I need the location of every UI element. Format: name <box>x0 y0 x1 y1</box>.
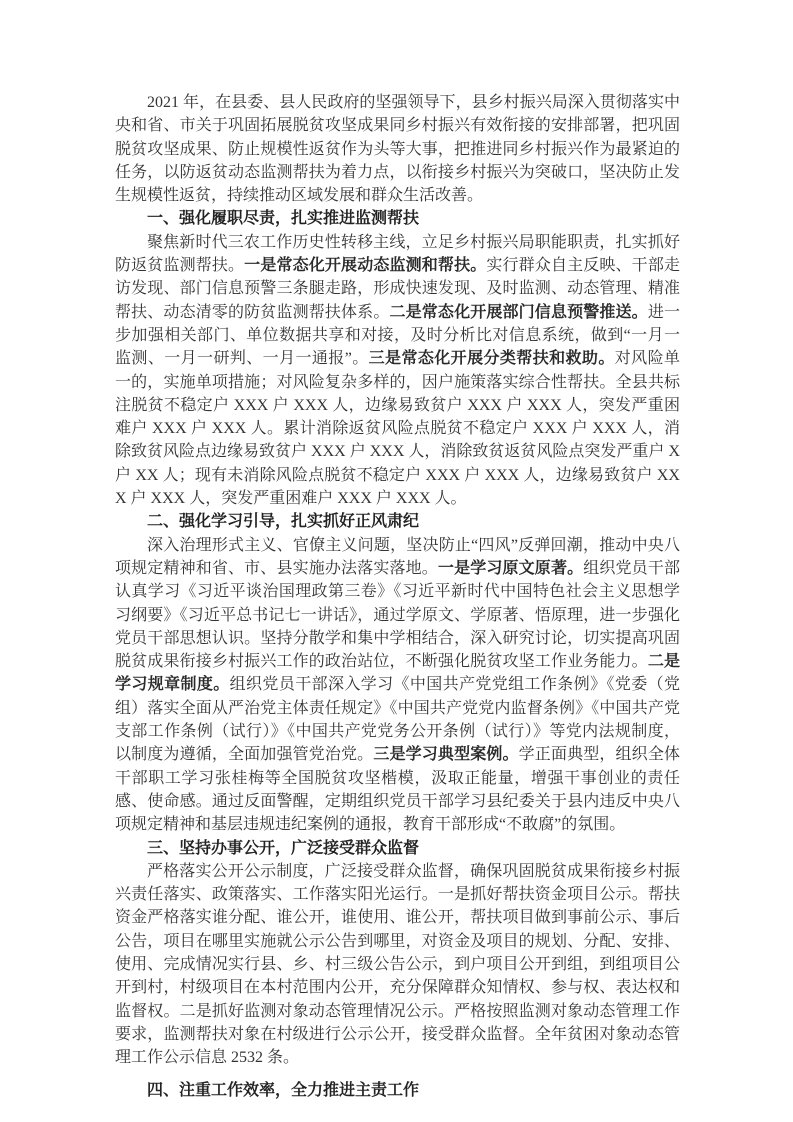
bold-text-run: 一是常态化开展动态监测和帮扶。 <box>244 257 486 274</box>
paragraph: 深入治理形式主义、官僚主义问题，坚决防止“四风”反弹回潮，推动中央八项规定精神和… <box>115 534 680 837</box>
text-run: 2021 年，在县委、县人民政府的坚强领导下，县乡村振兴局深入贯彻落实中央和省、… <box>115 94 680 204</box>
document-body: 2021 年，在县委、县人民政府的坚强领导下，县乡村振兴局深入贯彻落实中央和省、… <box>115 91 680 1103</box>
bold-text-run: 二是常态化开展部门信息预警推送。 <box>389 304 647 321</box>
section-heading: 三、坚持办事公开，广泛接受群众监督 <box>115 837 680 860</box>
paragraph: 严格落实公开公示制度，广泛接受群众监督，确保巩固脱贫成果衔接乡村振兴责任落实、政… <box>115 860 680 1070</box>
bold-text-run: 三是常态化开展分类帮扶和救助。 <box>369 350 615 367</box>
text-run: 严格落实公开公示制度，广泛接受群众监督，确保巩固脱贫成果衔接乡村振兴责任落实、政… <box>115 863 680 1066</box>
paragraph: 2021 年，在县委、县人民政府的坚强领导下，县乡村振兴局深入贯彻落实中央和省、… <box>115 91 680 207</box>
text-run: 二、强化学习引导，扎实抓好正风肃纪 <box>147 513 419 530</box>
text-run: 对风险单一的，实施单项措施；对风险复杂多样的，因户施策落实综合性帮扶。全县共标注… <box>115 350 680 507</box>
text-run: 四、注重工作效率，全力推进主责工作 <box>147 1082 419 1099</box>
document-page: 2021 年，在县委、县人民政府的坚强领导下，县乡村振兴局深入贯彻落实中央和省、… <box>0 0 793 1122</box>
text-run: 三、坚持办事公开，广泛接受群众监督 <box>147 840 419 857</box>
section-heading: 四、注重工作效率，全力推进主责工作 <box>115 1069 680 1102</box>
section-heading: 一、强化履职尽责，扎实推进监测帮扶 <box>115 207 680 230</box>
bold-text-run: 一是学习原文原著。 <box>438 560 583 577</box>
bold-text-run: 三是学习典型案例。 <box>373 746 518 763</box>
section-heading: 二、强化学习引导，扎实抓好正风肃纪 <box>115 510 680 533</box>
text-run: 一、强化履职尽责，扎实推进监测帮扶 <box>147 210 419 227</box>
paragraph: 聚焦新时代三农工作历史性转移主线，立足乡村振兴局职能职责，扎实抓好防返贫监测帮扶… <box>115 231 680 511</box>
